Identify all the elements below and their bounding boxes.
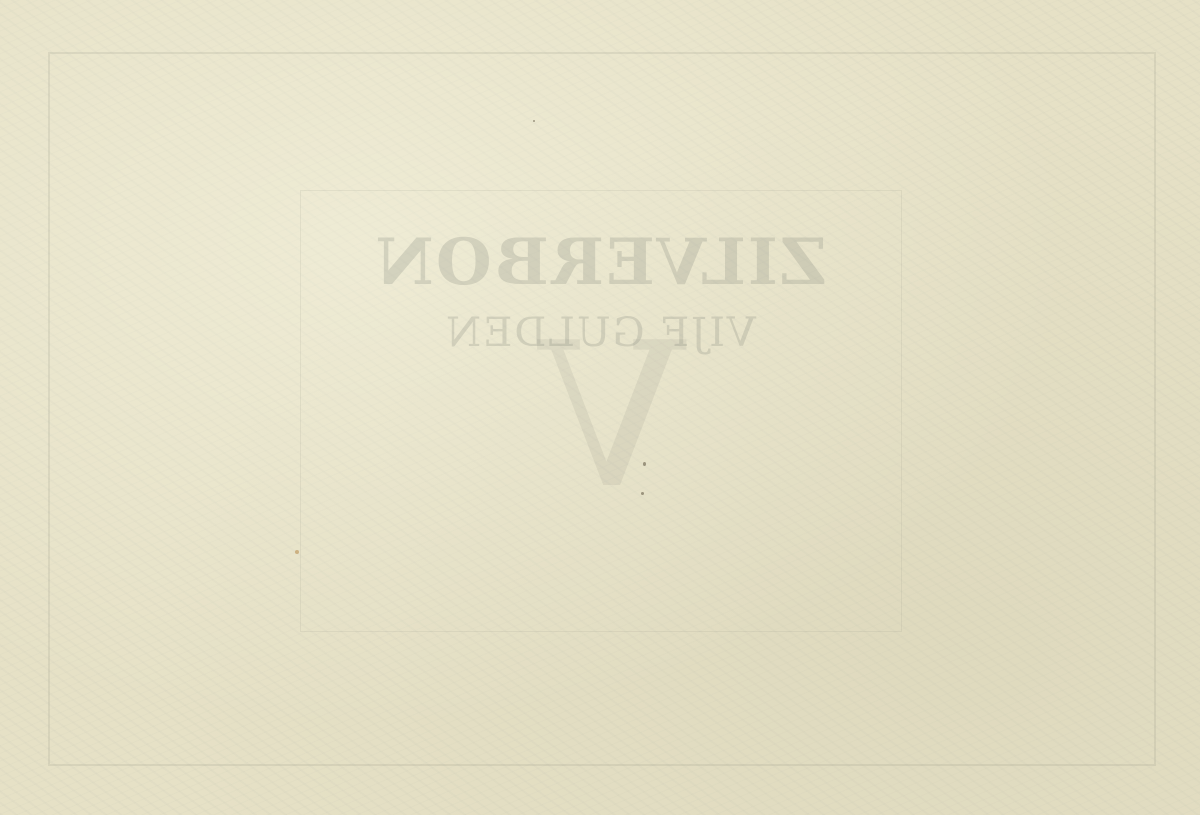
ink-speck (643, 462, 646, 466)
ink-speck (533, 120, 535, 122)
ink-speck (295, 550, 299, 554)
ink-speck (641, 492, 644, 495)
showthrough-numeral: V (540, 300, 684, 533)
showthrough-title: ZILVERBON (0, 225, 1200, 300)
